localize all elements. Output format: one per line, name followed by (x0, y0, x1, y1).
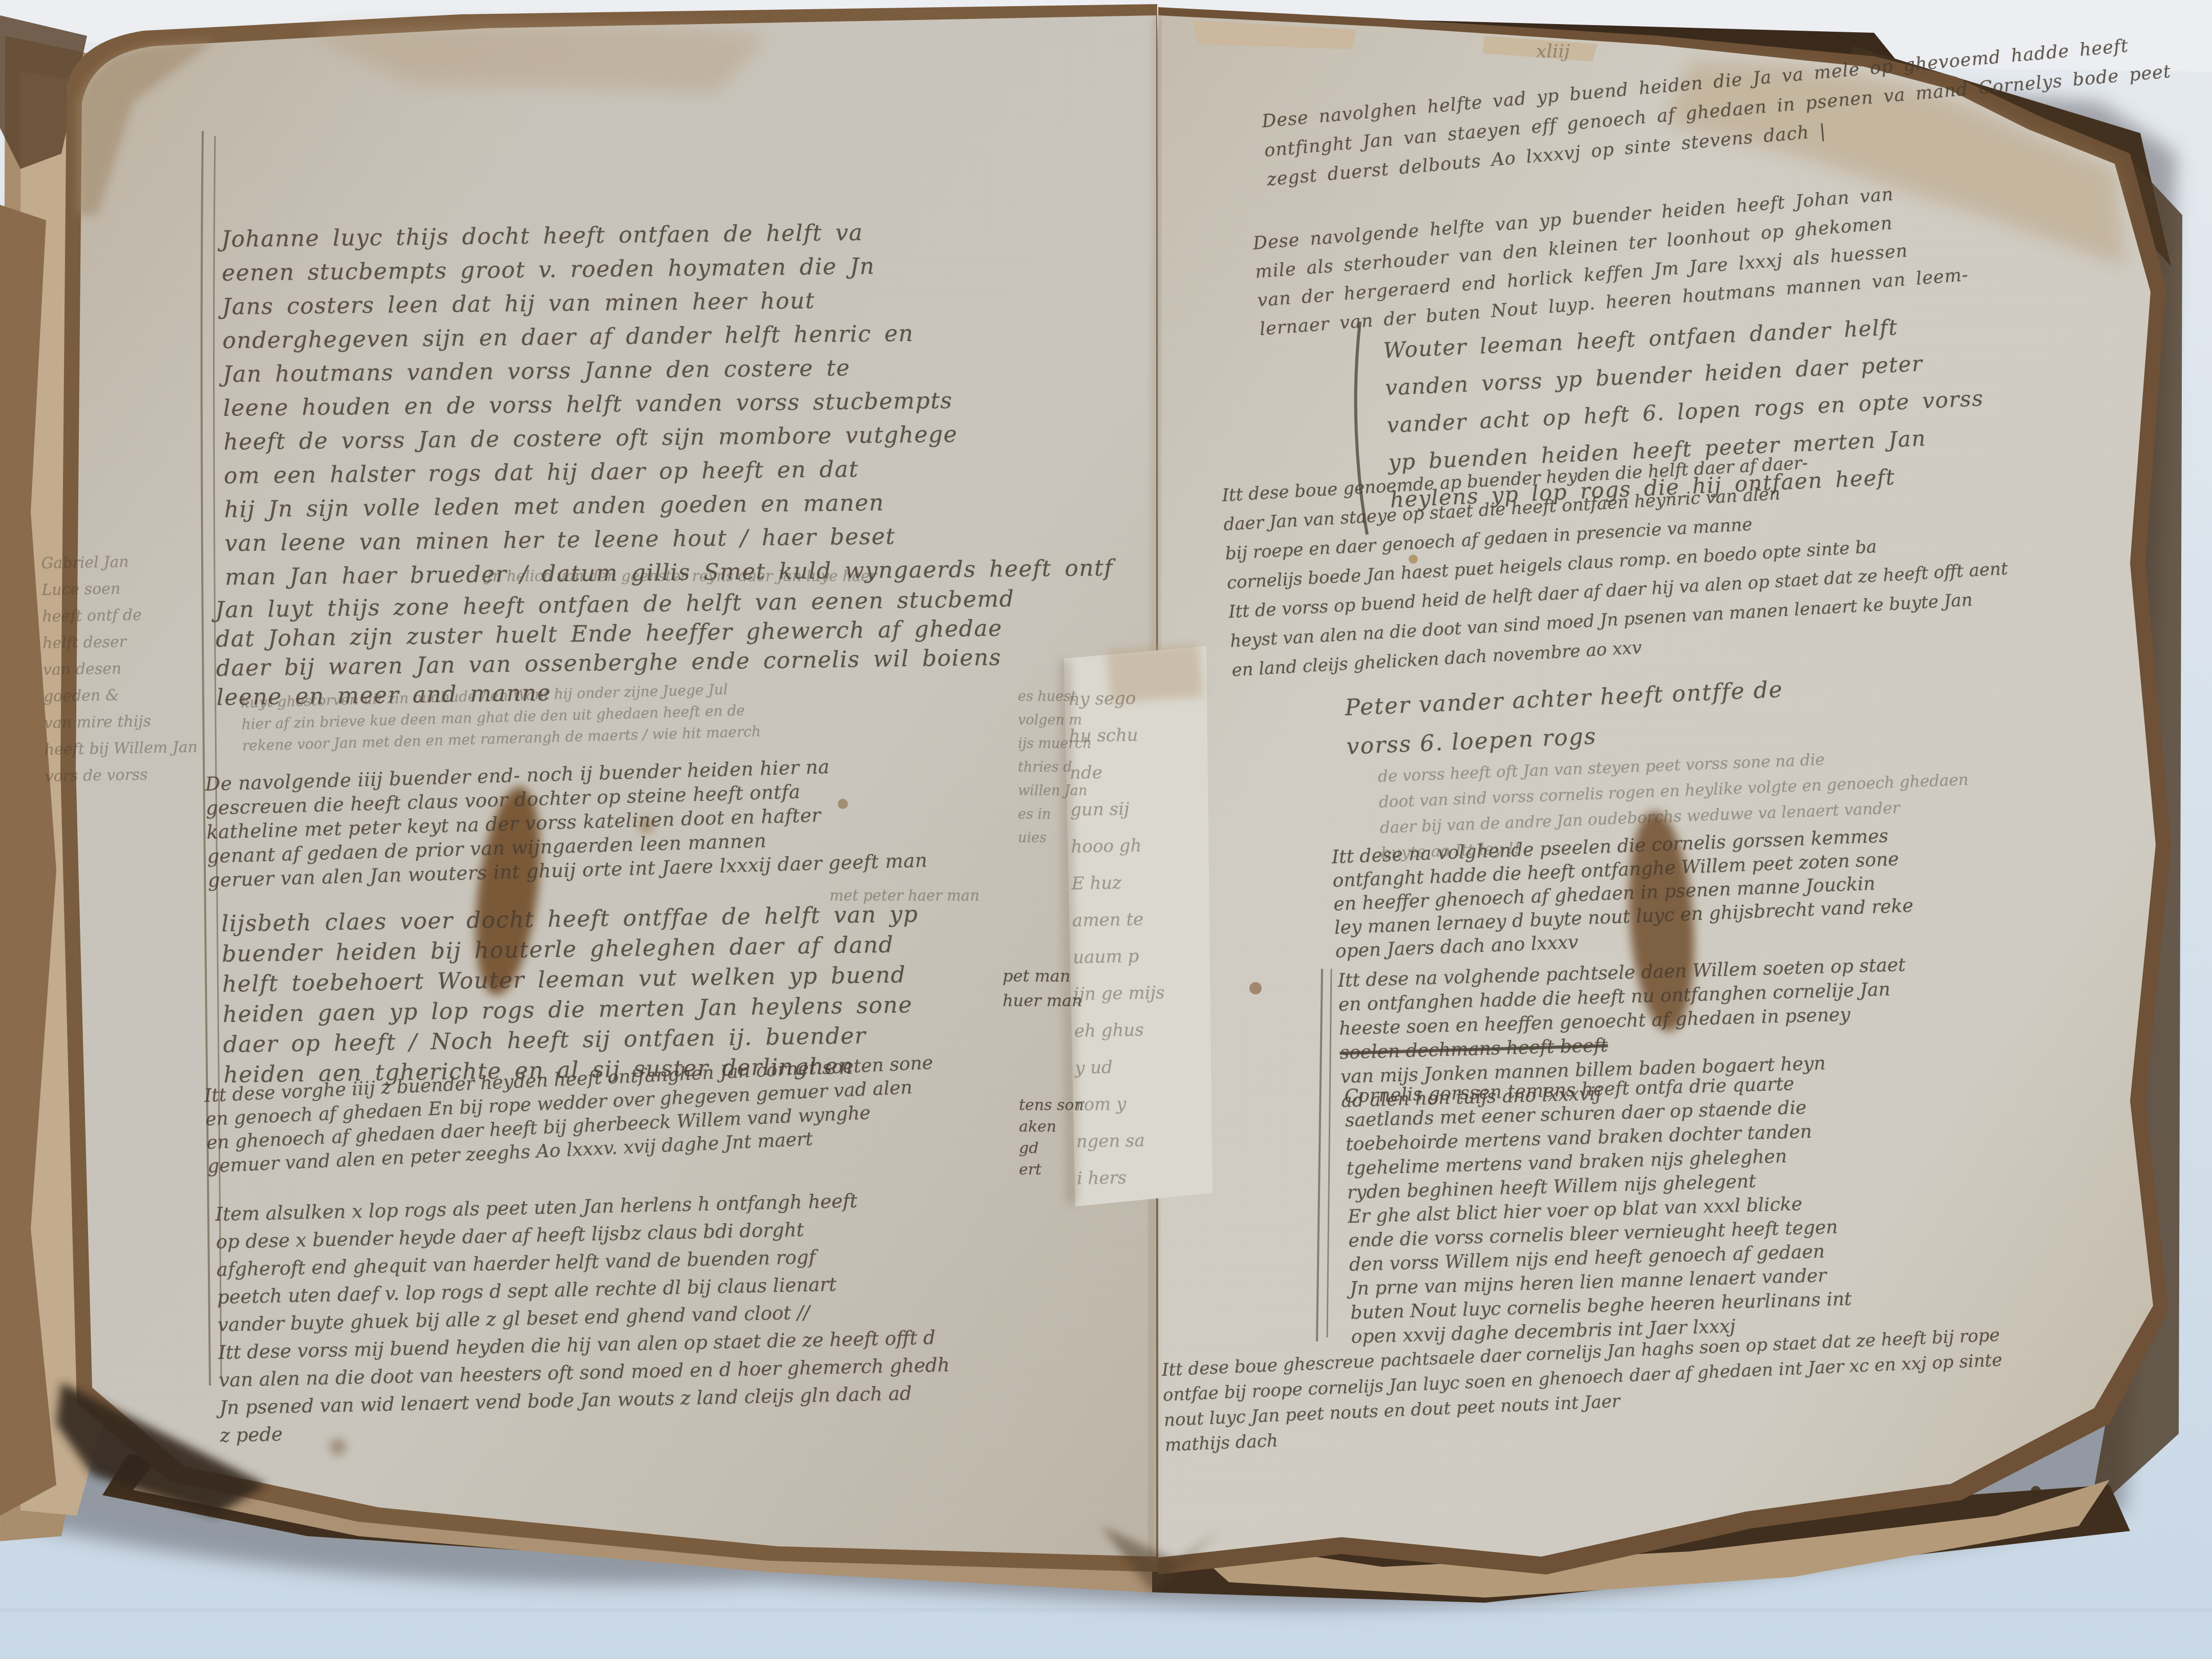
manuscript-book-photo: Gabriel JanLuce soenheeft ontf dehelft d… (0, 0, 2212, 1659)
left-page-paragraph-1: Johanne luyc thijs docht heeft ontfaen d… (221, 214, 1113, 594)
gutter-note-lower: tens sonakengdert (1019, 1095, 1084, 1181)
left-page-margin-note: Gabriel JanLuce soenheeft ontf dehelft d… (41, 548, 198, 790)
left-page-interline-note: Jn helich van den geenster reyns daer Ja… (486, 566, 877, 586)
spot-6 (2031, 1486, 2041, 1496)
right-page-number: xliij (1536, 41, 1570, 62)
gutter-note-mid: pet manhuer man (1003, 964, 1082, 1013)
left-page-paragraph-3: De navolgende iiij buender end- noch ij … (205, 752, 928, 892)
spot-4 (1249, 982, 1262, 994)
right-page-block-f: Itt dese na volghende pseelen die cornel… (1331, 824, 1915, 964)
right-page-block-d: Itt dese boue genoemde ap buender heyden… (1221, 438, 2012, 685)
inserted-slip-text: ny segohu schundegun sijhooo ghE huzamen… (1068, 679, 1168, 1197)
left-page-paragraph-6: Item alsulken x lop rogs als peet uten J… (215, 1185, 951, 1450)
right-page-block-h: Cornelis gorssen temens heeft ontfa drie… (1344, 1071, 1853, 1349)
